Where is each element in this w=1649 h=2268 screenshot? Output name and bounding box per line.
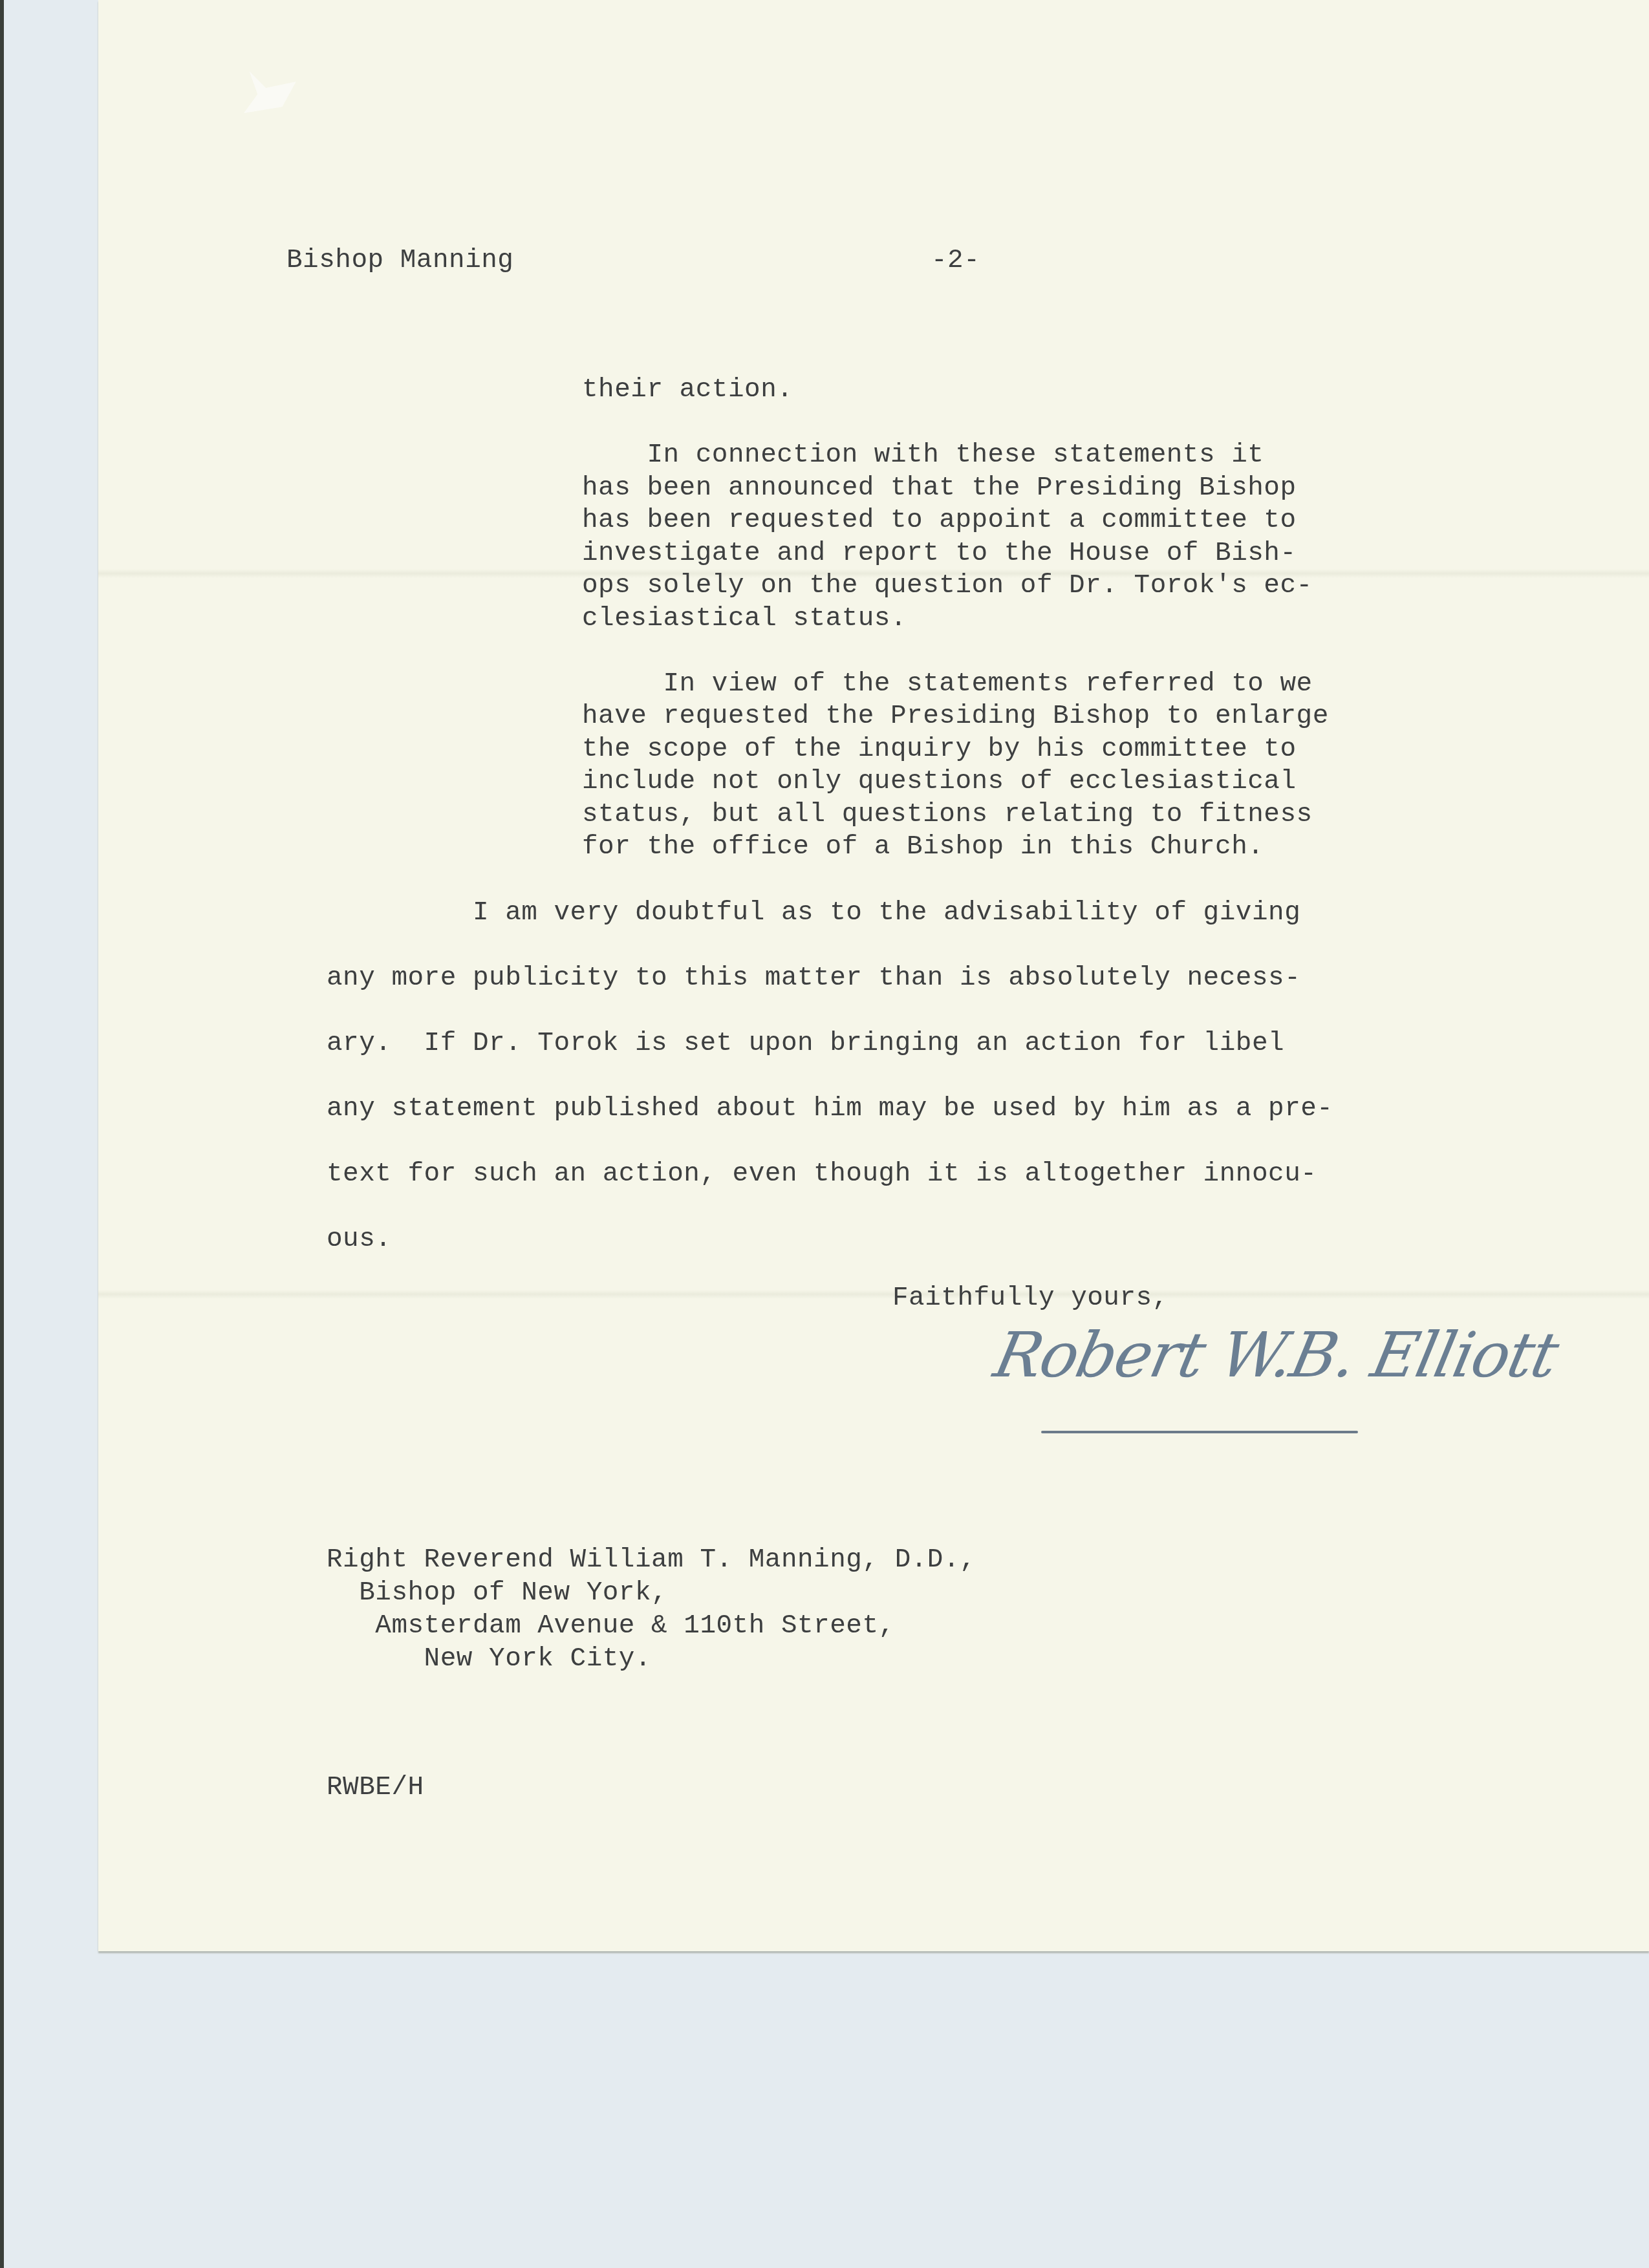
scanner-edge bbox=[0, 0, 4, 2268]
header-recipient: Bishop Manning bbox=[286, 246, 513, 275]
address-line: Right Reverend William T. Manning, D.D., bbox=[327, 1544, 976, 1577]
text-line: any statement published about him may be… bbox=[327, 1076, 1333, 1142]
text-line: have requested the Presiding Bishop to e… bbox=[582, 700, 1329, 733]
text-line: clesiastical status. bbox=[582, 603, 1329, 636]
text-line: text for such an action, even though it … bbox=[327, 1142, 1333, 1207]
text-line: ary. If Dr. Torok is set upon bringing a… bbox=[327, 1011, 1333, 1076]
paper-tear-mark bbox=[244, 71, 299, 113]
text-line: In view of the statements referred to we bbox=[582, 668, 1329, 701]
paper-fold bbox=[98, 1290, 1649, 1299]
text-line: any more publicity to this matter than i… bbox=[327, 946, 1333, 1011]
text-line: status, but all questions relating to fi… bbox=[582, 798, 1329, 831]
text-line: include not only questions of ecclesiast… bbox=[582, 765, 1329, 798]
text-line: investigate and report to the House of B… bbox=[582, 537, 1329, 570]
address-line: New York City. bbox=[327, 1643, 976, 1676]
signature-underline bbox=[1041, 1431, 1358, 1433]
recipient-address: Right Reverend William T. Manning, D.D.,… bbox=[327, 1544, 976, 1676]
page-number: -2- bbox=[931, 246, 980, 275]
quoted-statement-block: their action. In connection with these s… bbox=[582, 374, 1329, 864]
text-line: ous. bbox=[327, 1207, 1333, 1272]
text-line bbox=[582, 407, 1329, 440]
closing-salutation: Faithfully yours, bbox=[892, 1283, 1169, 1313]
handwritten-signature: Robert W.B. Elliott bbox=[988, 1319, 1564, 1391]
text-line: the scope of the inquiry by his committe… bbox=[582, 733, 1329, 766]
address-line: Amsterdam Avenue & 110th Street, bbox=[327, 1610, 976, 1643]
text-line: for the office of a Bishop in this Churc… bbox=[582, 831, 1329, 864]
address-line: Bishop of New York, bbox=[327, 1577, 976, 1610]
text-line: has been requested to appoint a committe… bbox=[582, 504, 1329, 537]
text-line: I am very doubtful as to the advisabilit… bbox=[327, 881, 1333, 946]
main-paragraph: I am very doubtful as to the advisabilit… bbox=[327, 881, 1333, 1272]
text-line bbox=[582, 635, 1329, 668]
text-line: ops solely on the question of Dr. Torok'… bbox=[582, 570, 1329, 603]
reference-initials: RWBE/H bbox=[327, 1773, 424, 1803]
text-line: In connection with these statements it bbox=[582, 439, 1329, 472]
text-line: has been announced that the Presiding Bi… bbox=[582, 472, 1329, 505]
text-line: their action. bbox=[582, 374, 1329, 407]
